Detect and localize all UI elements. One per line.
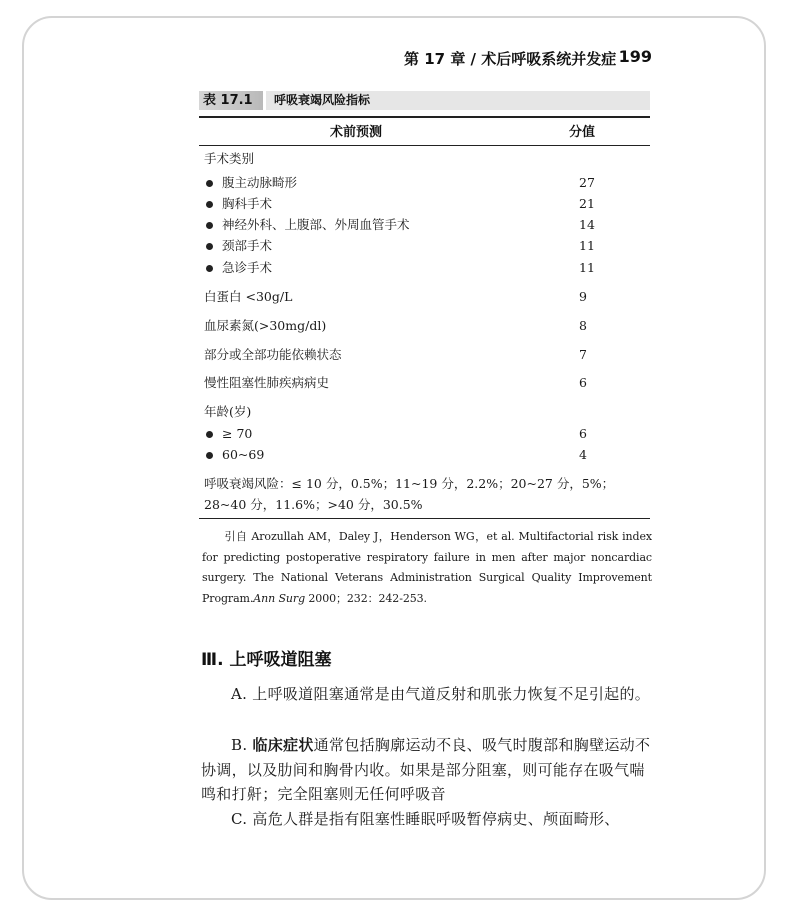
table-row: 腹主动脉畸形27 [204,173,650,193]
paragraph-lead: A. [231,685,252,703]
column-header-score: 分值 [569,121,595,140]
paragraph-bold-term: 临床症状 [252,736,313,754]
bullet-icon [206,265,213,272]
table-row: 白蛋白 <30g/L9 [204,287,650,307]
row-score: 11 [579,258,595,278]
column-header-predictor: 术前预测 [330,121,382,140]
citation-journal: Ann Surg [253,592,305,605]
table-row: 神经外科、上腹部、外周血管手术14 [204,215,650,235]
row-score: 21 [579,194,595,214]
row-score: 9 [579,287,587,307]
table-risk-note: 呼吸衰竭风险：≤ 10 分，0.5%；11~19 分，2.2%；20~27 分，… [204,473,650,515]
table-citation: 引自 Arozullah AM，Daley J，Henderson WG，et … [202,527,652,609]
row-label: 神经外科、上腹部、外周血管手术 [222,215,410,235]
paragraph-lead: B. [231,736,252,754]
row-score: 14 [579,215,595,235]
table-title: 呼吸衰竭风险指标 [266,91,650,110]
row-label: 急诊手术 [222,258,272,278]
table-top-rule [199,116,650,118]
row-score: 8 [579,316,587,336]
bullet-icon [206,180,213,187]
row-score: 7 [579,345,587,365]
row-score: 6 [579,424,587,444]
table-caption: 表 17.1 呼吸衰竭风险指标 [199,91,650,110]
bullet-icon [206,243,213,250]
paragraph-lead: C. [231,810,252,828]
bullet-icon [206,222,213,229]
page-number: 199 [619,47,652,66]
chapter-title: 第 17 章 / 术后呼吸系统并发症 [404,48,616,69]
table-row: 胸科手术21 [204,194,650,214]
table-row: 颈部手术11 [204,236,650,256]
table-row: 急诊手术11 [204,258,650,278]
bullet-icon [206,452,213,459]
table-row: 慢性阻塞性肺疾病病史6 [204,373,650,393]
table-row: 60~694 [204,445,650,465]
table-bottom-rule [199,518,650,519]
row-label: ≥ 70 [222,424,252,444]
row-label: 年龄(岁) [204,402,251,422]
citation-suffix: 2000；232：242-253. [305,592,427,605]
paragraph-b: B. 临床症状通常包括胸廓运动不良、吸气时腹部和胸壁运动不协调，以及肋间和胸骨内… [201,733,653,807]
table-number: 表 17.1 [199,91,263,110]
paragraph-a: A. 上呼吸道阻塞通常是由气道反射和肌张力恢复不足引起的。 [201,682,653,707]
bullet-icon [206,431,213,438]
section-heading: Ⅲ. 上呼吸道阻塞 [201,645,331,670]
row-label: 腹主动脉畸形 [222,173,297,193]
bullet-icon [206,201,213,208]
paragraph-text: 上呼吸道阻塞通常是由气道反射和肌张力恢复不足引起的。 [252,685,650,703]
row-score: 4 [579,445,587,465]
running-head: 第 17 章 / 术后呼吸系统并发症 199 [390,46,652,70]
paragraph-text: 高危人群是指有阻塞性睡眠呼吸暂停病史、颅面畸形、 [252,810,619,828]
row-score: 27 [579,173,595,193]
table-row: 部分或全部功能依赖状态7 [204,345,650,365]
table-row: 血尿素氮(>30mg/dl)8 [204,316,650,336]
row-label: 60~69 [222,445,264,465]
row-label: 血尿素氮(>30mg/dl) [204,316,326,336]
row-label: 白蛋白 <30g/L [204,287,292,307]
row-label: 慢性阻塞性肺疾病病史 [204,373,329,393]
row-label: 部分或全部功能依赖状态 [204,345,342,365]
table-header-rule [199,145,650,146]
row-label: 颈部手术 [222,236,272,256]
row-score: 6 [579,373,587,393]
table-row: ≥ 706 [204,424,650,444]
row-label: 胸科手术 [222,194,272,214]
table-row: 年龄(岁) [204,402,650,422]
row-label: 手术类别 [204,149,254,169]
row-score: 11 [579,236,595,256]
paragraph-c: C. 高危人群是指有阻塞性睡眠呼吸暂停病史、颅面畸形、 [201,807,653,832]
table-row: 手术类别 [204,149,650,169]
